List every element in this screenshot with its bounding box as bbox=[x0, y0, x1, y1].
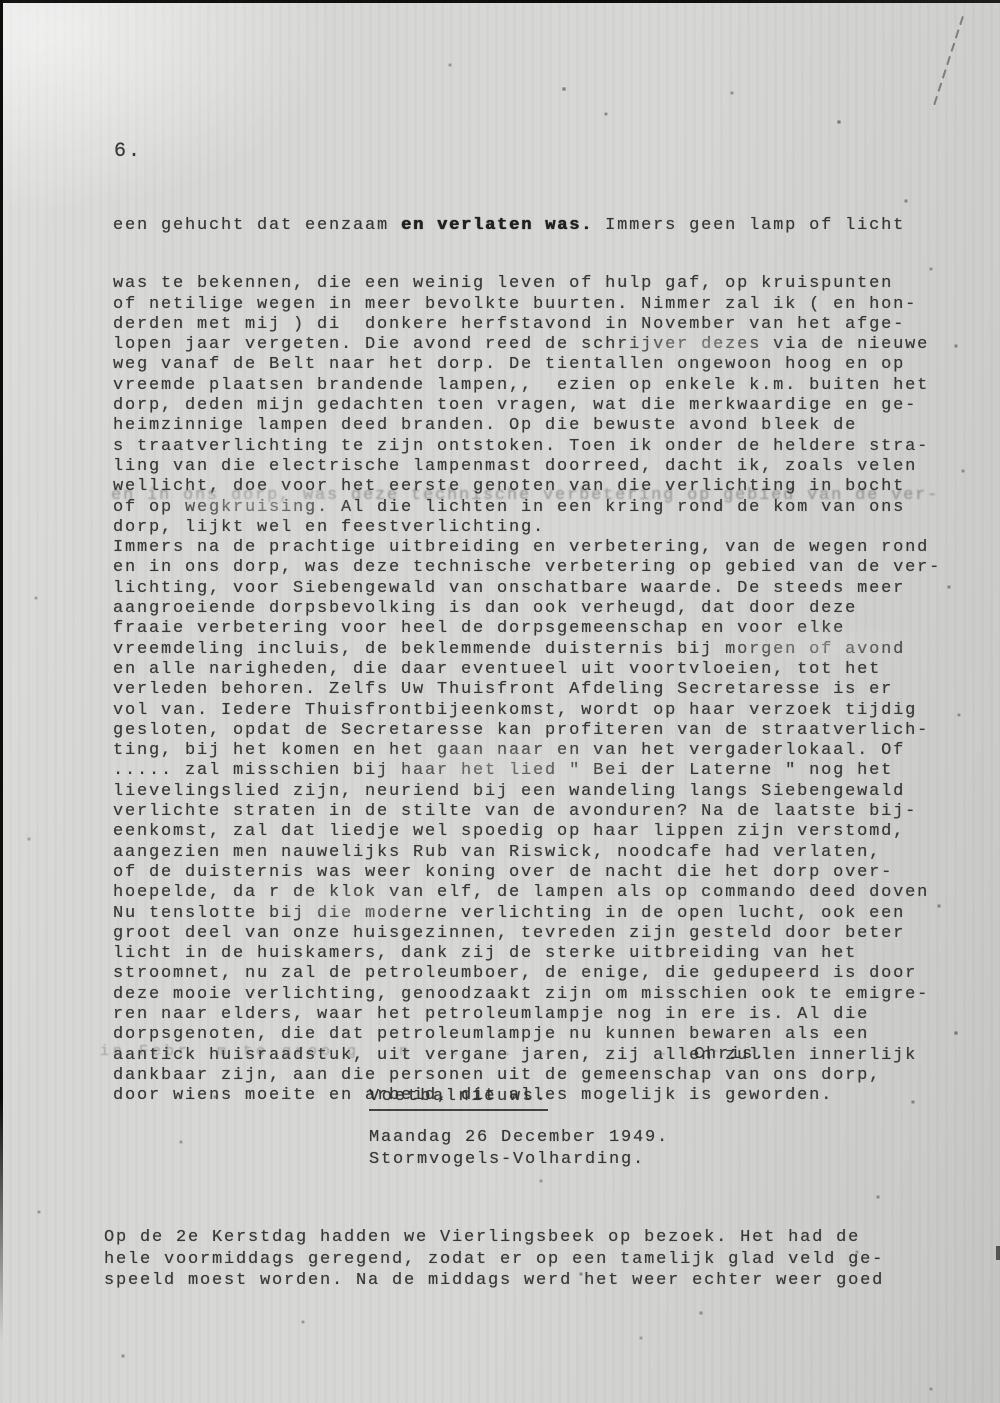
article-line: vreemde plaatsen brandende lampen,, ezie… bbox=[113, 376, 973, 396]
article-line: Nu tenslotte bij die moderne verlichting… bbox=[113, 904, 973, 924]
article-line: derden met mij ) di donkere herfstavond … bbox=[113, 315, 973, 335]
article-line: fraaie verbetering voor heel de dorpsgem… bbox=[113, 619, 973, 639]
overstruck-phrase: en verlaten was. bbox=[401, 216, 593, 235]
article-line: s traatverlichting te zijn ontstoken. To… bbox=[113, 437, 973, 457]
article-first-line: een gehucht dat eenzaam en verlaten was.… bbox=[113, 216, 973, 236]
article-line: lichting, voor Siebengewald van onschatb… bbox=[113, 579, 973, 599]
article-line: ling van die electrische lampenmast door… bbox=[113, 457, 973, 477]
scan-edge-right-mark bbox=[996, 1246, 1000, 1260]
article-line: ren naar elders, waar het petroleumlampj… bbox=[113, 1005, 973, 1025]
football-line: speeld moest worden. Na de middags werd … bbox=[104, 1270, 984, 1292]
article-line: Immers na de prachtige uitbreiding en ve… bbox=[113, 538, 973, 558]
article-line: dankbaar zijn, aan die personen uit de g… bbox=[113, 1066, 973, 1086]
article-line: verleden behoren. Zelfs Uw Thuisfront Af… bbox=[113, 680, 973, 700]
article-line: dorp, deden mijn gedachten toen vragen, … bbox=[113, 396, 973, 416]
article-line: stroomnet, nu zal de petroleumboer, de e… bbox=[113, 964, 973, 984]
article-line: of netilige wegen in meer bevolkte buurt… bbox=[113, 295, 973, 315]
first-line-pre: een gehucht dat eenzaam bbox=[113, 216, 401, 235]
article-line: heimzinnige lampen deed branden. Op die … bbox=[113, 416, 973, 436]
article-line: hoepelde, da r de klok van elf, de lampe… bbox=[113, 883, 973, 903]
football-line: hele voormiddags geregend, zodat er op e… bbox=[104, 1249, 984, 1271]
football-report-body: Op de 2e Kerstdag hadden we Vierlingsbee… bbox=[104, 1189, 984, 1330]
football-line: Op de 2e Kerstdag hadden we Vierlingsbee… bbox=[104, 1227, 984, 1249]
match-teams-line: Stormvogels-Volharding. bbox=[369, 1149, 645, 1170]
article-line: of de duisternis was weer koning over de… bbox=[113, 863, 973, 883]
scan-scratch-mark bbox=[932, 16, 964, 110]
scan-edge-top bbox=[0, 0, 1000, 3]
match-date-line: Maandag 26 December 1949. bbox=[369, 1127, 669, 1148]
article-body: een gehucht dat eenzaam en verlaten was.… bbox=[113, 178, 973, 1144]
article-line: en alle narigheden, die daar eventueel u… bbox=[113, 660, 973, 680]
article-line: licht in de huiskamers, dank zij de ster… bbox=[113, 944, 973, 964]
article-line: deze mooie verlichting, genoodzaakt zijn… bbox=[113, 985, 973, 1005]
article-line: dorp, lijkt wel en feestverlichting. bbox=[113, 518, 973, 538]
article-line: aangroeiende dorpsbevolking is dan ook v… bbox=[113, 599, 973, 619]
faded-erased-text: in Febr m te groo g n . . .. . . - --- bbox=[100, 1043, 580, 1060]
article-line: eenkomst, zal dat liedje wel spoedig op … bbox=[113, 822, 973, 842]
article-line: verlichte straten in de stilte van de av… bbox=[113, 802, 973, 822]
article-line: gesloten, opdat de Secretaresse kan prof… bbox=[113, 721, 973, 741]
scan-noise-speckles bbox=[0, 0, 2, 2]
author-signature: Chris. bbox=[694, 1044, 766, 1065]
scanned-document-page: 6. een gehucht dat eenzaam en verlaten w… bbox=[0, 0, 1000, 1403]
first-line-post: Immers geen lamp of licht bbox=[593, 216, 905, 235]
scan-edge-left bbox=[0, 0, 3, 1340]
article-line: groot deel van onze huisgezinnen, tevred… bbox=[113, 924, 973, 944]
article-lines: was te bekennen, die een weinig leven of… bbox=[113, 274, 973, 1106]
article-line: lievelingslied zijn, neuriend bij een wa… bbox=[113, 782, 973, 802]
article-line: was te bekennen, die een weinig leven of… bbox=[113, 274, 973, 294]
page-number: 6. bbox=[114, 140, 142, 163]
article-line: lopen jaar vergeten. Die avond reed de s… bbox=[113, 335, 973, 355]
article-line: aangezien men nauwelijks Rub van Riswick… bbox=[113, 843, 973, 863]
article-line: vreemdeling incluis, de beklemmende duis… bbox=[113, 640, 973, 660]
football-lines: Op de 2e Kerstdag hadden we Vierlingsbee… bbox=[104, 1227, 984, 1292]
article-line: en in ons dorp, was deze technische verb… bbox=[113, 558, 973, 578]
article-line: weg vanaf de Belt naar het dorp. De tien… bbox=[113, 355, 973, 375]
article-line: vol van. Iedere Thuisfrontbijeenkomst, w… bbox=[113, 701, 973, 721]
article-line: ..... zal misschien bij haar het lied " … bbox=[113, 761, 973, 781]
overtyped-ghost-line: en in ons dorp, was deze technische verb… bbox=[111, 486, 939, 506]
section-heading: Voetbalnieuws. bbox=[369, 1087, 548, 1111]
article-line: ting, bij het komen en het gaan naar en … bbox=[113, 741, 973, 761]
